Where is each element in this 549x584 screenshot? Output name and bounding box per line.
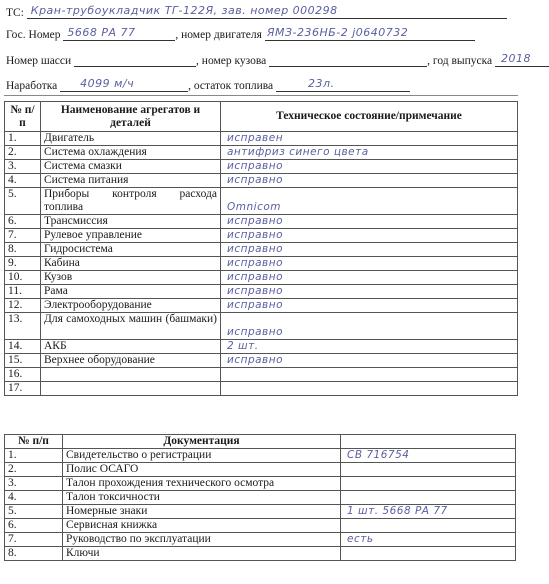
table-row: 5.Номерные знаки1 шт. 5668 РА 77	[5, 505, 516, 519]
table-row: 17.	[5, 382, 518, 396]
row-name: Руководство по эксплуатации	[63, 533, 341, 547]
hours-label: Наработка	[6, 80, 57, 92]
ts-label: ТС:	[6, 7, 24, 19]
col-header-note: Техническое состояние/примечание	[221, 102, 518, 132]
hours-value: 4099 м/ч	[80, 77, 134, 90]
row-name: Верхнее оборудование	[41, 354, 221, 368]
table-row: 8.Гидросистемаисправно	[5, 243, 518, 257]
row-number: 2.	[5, 463, 63, 477]
row-name	[41, 368, 221, 382]
row-note[interactable]: исправно	[221, 285, 518, 299]
engine-field[interactable]: ЯМЗ-236НБ-2 j0640732	[265, 26, 475, 41]
row-name: Система охлаждения	[41, 146, 221, 160]
table-row: 11.Рамаисправно	[5, 285, 518, 299]
docs-table: № п/п Документация 1.Свидетельство о рег…	[4, 434, 516, 561]
body-label: , номер кузова	[196, 55, 266, 67]
row-name: Кузов	[41, 271, 221, 285]
engine-label: , номер двигателя	[175, 29, 262, 41]
header-divider	[4, 95, 518, 96]
row-name: Система питания	[41, 174, 221, 188]
table-row: 15.Верхнее оборудованиеисправно	[5, 354, 518, 368]
row-note[interactable]: исправно	[221, 160, 518, 174]
table-row: 4.Система питанияисправно	[5, 174, 518, 188]
row-note[interactable]	[341, 491, 516, 505]
row-note[interactable]: антифриз синего цвета	[221, 146, 518, 160]
body-field[interactable]	[269, 52, 427, 67]
chassis-line: Номер шасси , номер кузова , год выпуска…	[6, 52, 549, 67]
row-number: 1.	[5, 132, 41, 146]
row-number: 16.	[5, 368, 41, 382]
row-note[interactable]: исправно	[221, 299, 518, 313]
fuel-value: 23л.	[308, 77, 335, 90]
row-note[interactable]	[341, 519, 516, 533]
row-note[interactable]: 1 шт. 5668 РА 77	[341, 505, 516, 519]
row-number: 2.	[5, 146, 41, 160]
row-number: 4.	[5, 174, 41, 188]
table-row: 3.Талон прохождения технического осмотра	[5, 477, 516, 491]
table-row: 6.Трансмиссияисправно	[5, 215, 518, 229]
row-name: Свидетельство о регистрации	[63, 449, 341, 463]
row-name	[41, 382, 221, 396]
year-field[interactable]: 2018	[495, 52, 549, 67]
col-header-num: № п/п	[5, 102, 41, 132]
engine-value: ЯМЗ-236НБ-2 j0640732	[267, 26, 408, 39]
table-row: 10.Кузовисправно	[5, 271, 518, 285]
docs-header-row: № п/п Документация	[5, 435, 516, 449]
row-number: 11.	[5, 285, 41, 299]
row-note[interactable]: исправен	[221, 132, 518, 146]
table-row: 9.Кабинаисправно	[5, 257, 518, 271]
table-row: 12.Электрооборудованиеисправно	[5, 299, 518, 313]
row-name: Трансмиссия	[41, 215, 221, 229]
table-row: 1.Свидетельство о регистрацииСВ 716754	[5, 449, 516, 463]
col-header-name: Наименование агрегатов и деталей	[41, 102, 221, 132]
row-number: 7.	[5, 533, 63, 547]
row-note[interactable]: исправно	[221, 257, 518, 271]
table-row: 5.Приборы контроля расхода топливаOmnico…	[5, 188, 518, 215]
units-table: № п/п Наименование агрегатов и деталей Т…	[4, 101, 518, 396]
row-number: 3.	[5, 160, 41, 174]
row-number: 12.	[5, 299, 41, 313]
row-name: Талон токсичности	[63, 491, 341, 505]
row-name: Для самоходных машин (башмаки)	[41, 313, 221, 340]
table-row: 3.Система смазкиисправно	[5, 160, 518, 174]
row-name: Двигатель	[41, 132, 221, 146]
row-number: 4.	[5, 491, 63, 505]
row-number: 8.	[5, 547, 63, 561]
fuel-field[interactable]: 23л.	[276, 77, 410, 92]
row-note[interactable]	[221, 368, 518, 382]
row-note[interactable]: исправно	[221, 174, 518, 188]
table-row: 1.Двигательисправен	[5, 132, 518, 146]
row-name: Рама	[41, 285, 221, 299]
row-number: 13.	[5, 313, 41, 340]
row-note[interactable]	[341, 547, 516, 561]
table-row: 8.Ключи	[5, 547, 516, 561]
row-number: 14.	[5, 340, 41, 354]
row-note[interactable]: исправно	[221, 229, 518, 243]
row-number: 6.	[5, 519, 63, 533]
row-note[interactable]: Omnicom	[221, 188, 518, 215]
fuel-label: , остаток топлива	[188, 80, 273, 92]
row-name: Приборы контроля расхода топлива	[41, 188, 221, 215]
table-row: 2.Полис ОСАГО	[5, 463, 516, 477]
row-note[interactable]: есть	[341, 533, 516, 547]
row-note[interactable]: исправно	[221, 215, 518, 229]
row-number: 7.	[5, 229, 41, 243]
row-name: Номерные знаки	[63, 505, 341, 519]
table-row: 7.Руководство по эксплуатацииесть	[5, 533, 516, 547]
docs-header-name: Документация	[63, 435, 341, 449]
row-name: Система смазки	[41, 160, 221, 174]
ts-value: Кран-трубоукладчик ТГ-122Я, зав. номер 0…	[31, 4, 338, 17]
row-number: 5.	[5, 188, 41, 215]
docs-header-note	[341, 435, 516, 449]
docs-header-num: № п/п	[5, 435, 63, 449]
row-number: 1.	[5, 449, 63, 463]
table-row: 14.АКБ2 шт.	[5, 340, 518, 354]
units-header-row: № п/п Наименование агрегатов и деталей Т…	[5, 102, 518, 132]
row-number: 5.	[5, 505, 63, 519]
row-number: 17.	[5, 382, 41, 396]
row-note[interactable]: 2 шт.	[221, 340, 518, 354]
row-name: Ключи	[63, 547, 341, 561]
year-label: , год выпуска	[427, 55, 492, 67]
row-name: Электрооборудование	[41, 299, 221, 313]
chassis-field[interactable]	[74, 52, 196, 67]
row-note[interactable]: исправно	[221, 271, 518, 285]
gos-label: Гос. Номер	[6, 29, 61, 41]
ts-field[interactable]: Кран-трубоукладчик ТГ-122Я, зав. номер 0…	[27, 4, 507, 19]
row-number: 8.	[5, 243, 41, 257]
table-row: 16.	[5, 368, 518, 382]
table-row: 7.Рулевое управлениеисправно	[5, 229, 518, 243]
row-name: Полис ОСАГО	[63, 463, 341, 477]
hours-field[interactable]: 4099 м/ч	[60, 77, 188, 92]
row-name: Сервисная книжка	[63, 519, 341, 533]
gos-field[interactable]: 5668 РА 77	[63, 26, 175, 41]
gos-value: 5668 РА 77	[67, 26, 135, 39]
table-row: 2.Система охлажденияантифриз синего цвет…	[5, 146, 518, 160]
gos-line: Гос. Номер 5668 РА 77, номер двигателя Я…	[6, 26, 475, 41]
row-note[interactable]	[221, 382, 518, 396]
table-row: 13.Для самоходных машин (башмаки)исправн…	[5, 313, 518, 340]
row-number: 9.	[5, 257, 41, 271]
row-note[interactable]	[341, 463, 516, 477]
row-name: Рулевое управление	[41, 229, 221, 243]
hours-line: Наработка 4099 м/ч, остаток топлива 23л.	[6, 77, 410, 92]
row-number: 10.	[5, 271, 41, 285]
row-name: АКБ	[41, 340, 221, 354]
table-row: 6.Сервисная книжка	[5, 519, 516, 533]
year-value: 2018	[501, 52, 531, 65]
row-name: Гидросистема	[41, 243, 221, 257]
row-number: 3.	[5, 477, 63, 491]
row-number: 15.	[5, 354, 41, 368]
chassis-label: Номер шасси	[6, 55, 71, 67]
ts-line: ТС: Кран-трубоукладчик ТГ-122Я, зав. ном…	[6, 4, 507, 19]
row-note[interactable]: исправно	[221, 243, 518, 257]
row-number: 6.	[5, 215, 41, 229]
row-note[interactable]: исправно	[221, 354, 518, 368]
row-name: Кабина	[41, 257, 221, 271]
row-note[interactable]	[341, 477, 516, 491]
row-name: Талон прохождения технического осмотра	[63, 477, 341, 491]
table-row: 4.Талон токсичности	[5, 491, 516, 505]
row-note[interactable]: исправно	[221, 313, 518, 340]
row-note[interactable]: СВ 716754	[341, 449, 516, 463]
